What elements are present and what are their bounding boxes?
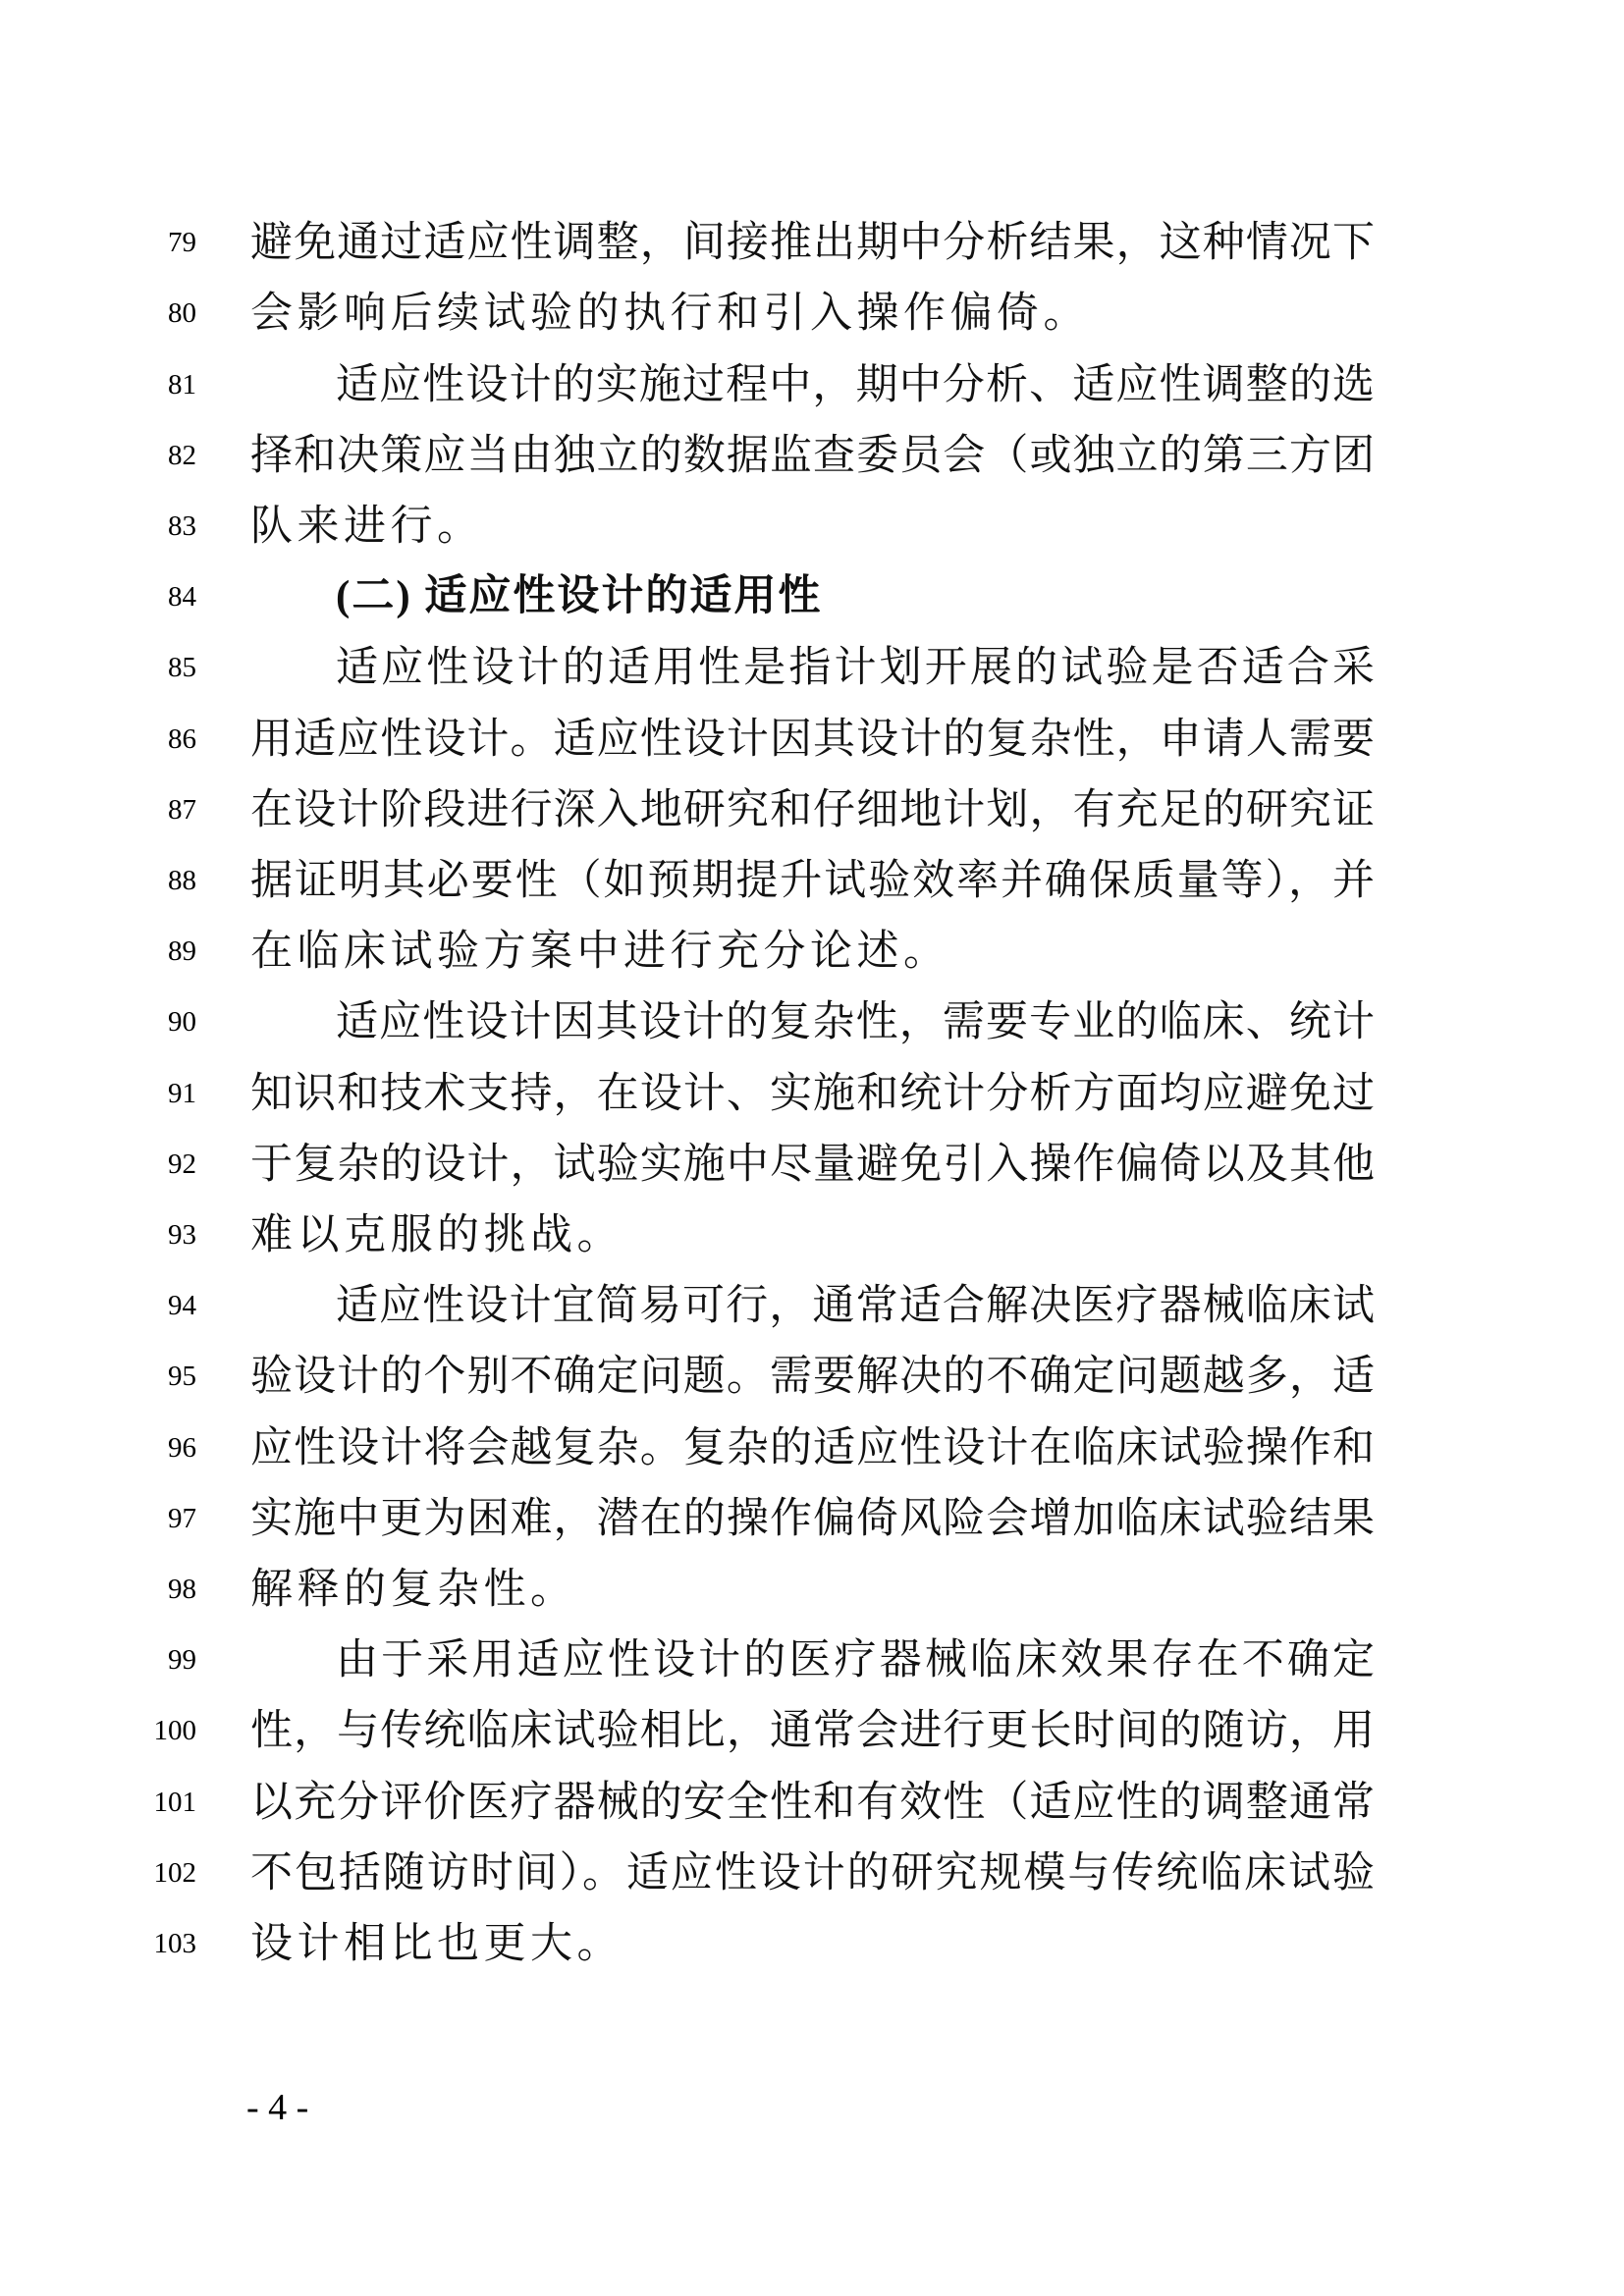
document-line: 96 应性设计将会越复杂。复杂的适应性设计在临床试验操作和 (0, 1413, 1624, 1483)
document-line: 94 适应性设计宜简易可行，通常适合解决医疗器械临床试 (0, 1270, 1624, 1341)
line-number: 79 (137, 207, 196, 278)
line-text: 不包括随访时间）。适应性设计的研究规模与传统临床试验 (250, 1838, 1375, 1908)
line-number: 97 (137, 1483, 196, 1554)
document-line: 98 解释的复杂性。 (0, 1554, 1624, 1625)
line-text: 实施中更为困难，潜在的操作偏倚风险会增加临床试验结果 (250, 1483, 1375, 1554)
line-text: 知识和技术支持，在设计、实施和统计分析方面均应避免过 (250, 1058, 1375, 1129)
line-number: 94 (137, 1270, 196, 1341)
line-number: 82 (137, 420, 196, 491)
document-line: 88 据证明其必要性（如预期提升试验效率并确保质量等），并 (0, 845, 1624, 916)
line-number: 80 (137, 278, 196, 348)
line-text: 难以克服的挑战。 (250, 1200, 1375, 1270)
document-line: 83 队来进行。 (0, 491, 1624, 561)
line-number: 85 (137, 632, 196, 703)
line-text: 在临床试验方案中进行充分论述。 (250, 916, 1375, 987)
line-number: 87 (137, 774, 196, 845)
line-number: 84 (137, 561, 196, 632)
document-line: 91 知识和技术支持，在设计、实施和统计分析方面均应避免过 (0, 1058, 1624, 1129)
line-number: 100 (137, 1695, 196, 1766)
line-text: 性，与传统临床试验相比，通常会进行更长时间的随访，用 (250, 1695, 1375, 1766)
line-number: 95 (137, 1341, 196, 1412)
line-text: 在设计阶段进行深入地研究和仔细地计划，有充足的研究证 (250, 774, 1375, 845)
document-line: 100 性，与传统临床试验相比，通常会进行更长时间的随访，用 (0, 1695, 1624, 1766)
document-line: 81 适应性设计的实施过程中，期中分析、适应性调整的选 (0, 349, 1624, 420)
section-heading: (二) 适应性设计的适用性 (336, 561, 822, 632)
document-line: 87 在设计阶段进行深入地研究和仔细地计划，有充足的研究证 (0, 774, 1624, 845)
document-line: 79 避免通过适应性调整，间接推出期中分析结果，这种情况下 (0, 207, 1624, 278)
document-line: 103 设计相比也更大。 (0, 1908, 1624, 1979)
document-line: 85 适应性设计的适用性是指计划开展的试验是否适合采 (0, 632, 1624, 703)
page-number: - 4 - (246, 2085, 308, 2130)
line-number: 91 (137, 1058, 196, 1129)
line-text: 解释的复杂性。 (250, 1554, 1375, 1625)
line-number: 96 (137, 1413, 196, 1483)
line-number: 89 (137, 916, 196, 987)
line-number: 86 (137, 704, 196, 774)
paragraph-first-line: 由于采用适应性设计的医疗器械临床效果存在不确定 (336, 1625, 1375, 1695)
paragraph-first-line: 适应性设计的适用性是指计划开展的试验是否适合采 (336, 632, 1375, 703)
line-text: 以充分评价医疗器械的安全性和有效性（适应性的调整通常 (250, 1767, 1375, 1838)
line-text: 应性设计将会越复杂。复杂的适应性设计在临床试验操作和 (250, 1413, 1375, 1483)
document-line: 101 以充分评价医疗器械的安全性和有效性（适应性的调整通常 (0, 1767, 1624, 1838)
document-line: 99 由于采用适应性设计的医疗器械临床效果存在不确定 (0, 1625, 1624, 1695)
line-text: 设计相比也更大。 (250, 1908, 1375, 1979)
line-number: 88 (137, 845, 196, 916)
line-number: 93 (137, 1200, 196, 1270)
document-page: 79 避免通过适应性调整，间接推出期中分析结果，这种情况下 80 会影响后续试验… (0, 0, 1624, 2296)
document-line: 90 适应性设计因其设计的复杂性，需要专业的临床、统计 (0, 987, 1624, 1057)
document-line: 89 在临床试验方案中进行充分论述。 (0, 916, 1624, 987)
document-line: 80 会影响后续试验的执行和引入操作偏倚。 (0, 278, 1624, 348)
paragraph-first-line: 适应性设计因其设计的复杂性，需要专业的临床、统计 (336, 987, 1375, 1057)
paragraph-first-line: 适应性设计的实施过程中，期中分析、适应性调整的选 (336, 349, 1375, 420)
paragraph-first-line: 适应性设计宜简易可行，通常适合解决医疗器械临床试 (336, 1270, 1375, 1341)
line-number: 83 (137, 491, 196, 561)
line-number: 101 (137, 1767, 196, 1838)
line-number: 92 (137, 1129, 196, 1200)
line-number: 102 (137, 1838, 196, 1908)
document-line: 95 验设计的个别不确定问题。需要解决的不确定问题越多，适 (0, 1341, 1624, 1412)
line-number: 90 (137, 987, 196, 1057)
line-number: 99 (137, 1625, 196, 1695)
line-text: 于复杂的设计，试验实施中尽量避免引入操作偏倚以及其他 (250, 1129, 1375, 1200)
line-text: 队来进行。 (250, 491, 1375, 561)
line-text: 据证明其必要性（如预期提升试验效率并确保质量等），并 (250, 845, 1375, 916)
line-number: 103 (137, 1908, 196, 1979)
line-text: 避免通过适应性调整，间接推出期中分析结果，这种情况下 (250, 207, 1375, 278)
document-line: 82 择和决策应当由独立的数据监查委员会（或独立的第三方团 (0, 420, 1624, 491)
line-number: 98 (137, 1554, 196, 1625)
document-line: 93 难以克服的挑战。 (0, 1200, 1624, 1270)
document-line: 84 (二) 适应性设计的适用性 (0, 561, 1624, 632)
line-text: 择和决策应当由独立的数据监查委员会（或独立的第三方团 (250, 420, 1375, 491)
document-line: 86 用适应性设计。适应性设计因其设计的复杂性，申请人需要 (0, 704, 1624, 774)
document-line: 102 不包括随访时间）。适应性设计的研究规模与传统临床试验 (0, 1838, 1624, 1908)
line-text: 会影响后续试验的执行和引入操作偏倚。 (250, 278, 1375, 348)
document-line: 92 于复杂的设计，试验实施中尽量避免引入操作偏倚以及其他 (0, 1129, 1624, 1200)
line-number: 81 (137, 349, 196, 420)
line-text: 用适应性设计。适应性设计因其设计的复杂性，申请人需要 (250, 704, 1375, 774)
line-text: 验设计的个别不确定问题。需要解决的不确定问题越多，适 (250, 1341, 1375, 1412)
document-line: 97 实施中更为困难，潜在的操作偏倚风险会增加临床试验结果 (0, 1483, 1624, 1554)
